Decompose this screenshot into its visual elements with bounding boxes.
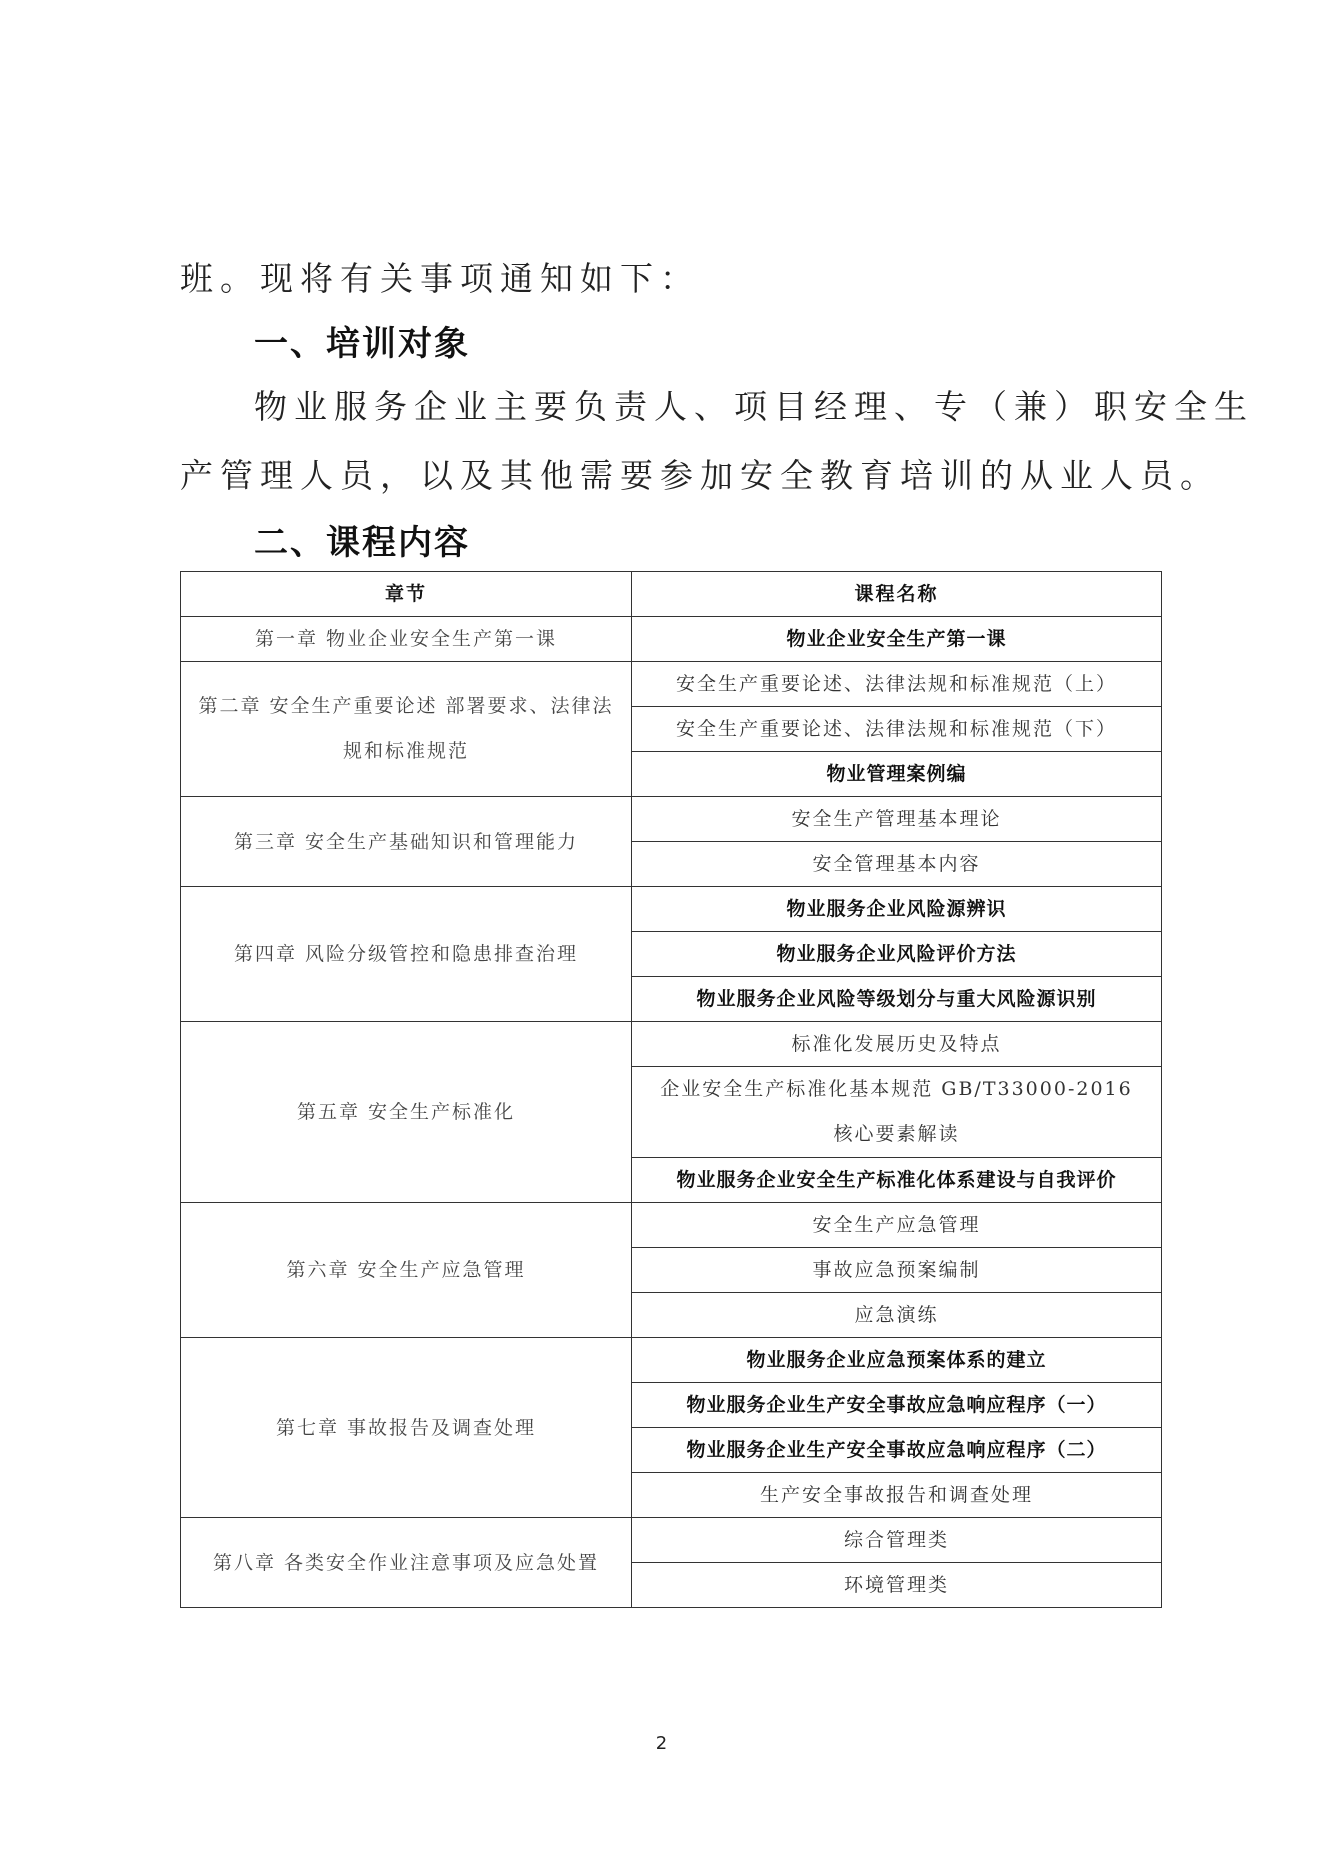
course-cell: 安全管理基本内容: [632, 842, 1162, 887]
chapter-cell: 第三章 安全生产基础知识和管理能力: [181, 797, 632, 887]
chapter-cell: 第二章 安全生产重要论述 部署要求、法律法规和标准规范: [181, 662, 632, 797]
course-cell: 物业服务企业应急预案体系的建立: [632, 1338, 1162, 1383]
course-cell: 生产安全事故报告和调查处理: [632, 1473, 1162, 1518]
course-cell: 物业企业安全生产第一课: [632, 617, 1162, 662]
course-cell: 综合管理类: [632, 1518, 1162, 1563]
header-chapter: 章节: [181, 572, 632, 617]
table-row: 第六章 安全生产应急管理 安全生产应急管理: [181, 1203, 1162, 1248]
table-row: 第八章 各类安全作业注意事项及应急处置 综合管理类: [181, 1518, 1162, 1563]
section1-body-line1: 物业服务企业主要负责人、项目经理、专（兼）职安全生: [254, 381, 1254, 428]
table-row: 第三章 安全生产基础知识和管理能力 安全生产管理基本理论: [181, 797, 1162, 842]
page-number: 2: [0, 1733, 1323, 1754]
chapter-cell: 第四章 风险分级管控和隐患排查治理: [181, 887, 632, 1022]
course-cell: 物业管理案例编: [632, 752, 1162, 797]
course-cell: 物业服务企业生产安全事故应急响应程序（一）: [632, 1383, 1162, 1428]
course-cell: 事故应急预案编制: [632, 1248, 1162, 1293]
table-row: 第七章 事故报告及调查处理 物业服务企业应急预案体系的建立: [181, 1338, 1162, 1383]
course-cell: 企业安全生产标准化基本规范 GB/T33000-2016 核心要素解读: [632, 1067, 1162, 1158]
table-row: 第四章 风险分级管控和隐患排查治理 物业服务企业风险源辨识: [181, 887, 1162, 932]
course-cell: 物业服务企业安全生产标准化体系建设与自我评价: [632, 1158, 1162, 1203]
table-row: 第二章 安全生产重要论述 部署要求、法律法规和标准规范 安全生产重要论述、法律法…: [181, 662, 1162, 707]
course-table: 章节 课程名称 第一章 物业企业安全生产第一课 物业企业安全生产第一课 第二章 …: [180, 571, 1162, 1608]
table-row: 第一章 物业企业安全生产第一课 物业企业安全生产第一课: [181, 617, 1162, 662]
table-row: 第五章 安全生产标准化 标准化发展历史及特点: [181, 1022, 1162, 1067]
chapter-cell: 第六章 安全生产应急管理: [181, 1203, 632, 1338]
course-cell: 安全生产重要论述、法律法规和标准规范（下）: [632, 707, 1162, 752]
chapter-cell: 第八章 各类安全作业注意事项及应急处置: [181, 1518, 632, 1608]
section1-heading: 一、培训对象: [254, 316, 470, 365]
table-header-row: 章节 课程名称: [181, 572, 1162, 617]
course-cell: 环境管理类: [632, 1563, 1162, 1608]
course-cell: 应急演练: [632, 1293, 1162, 1338]
chapter-cell: 第七章 事故报告及调查处理: [181, 1338, 632, 1518]
intro-line: 班。现将有关事项通知如下：: [180, 253, 700, 300]
course-cell: 物业服务企业生产安全事故应急响应程序（二）: [632, 1428, 1162, 1473]
course-cell: 物业服务企业风险评价方法: [632, 932, 1162, 977]
section1-body-line2: 产管理人员，以及其他需要参加安全教育培训的从业人员。: [180, 450, 1220, 497]
chapter-cell: 第五章 安全生产标准化: [181, 1022, 632, 1203]
chapter-cell: 第一章 物业企业安全生产第一课: [181, 617, 632, 662]
course-cell: 物业服务企业风险源辨识: [632, 887, 1162, 932]
course-cell: 物业服务企业风险等级划分与重大风险源识别: [632, 977, 1162, 1022]
header-course-name: 课程名称: [632, 572, 1162, 617]
course-cell: 安全生产应急管理: [632, 1203, 1162, 1248]
course-cell: 标准化发展历史及特点: [632, 1022, 1162, 1067]
course-cell: 安全生产重要论述、法律法规和标准规范（上）: [632, 662, 1162, 707]
course-cell: 安全生产管理基本理论: [632, 797, 1162, 842]
section2-heading: 二、课程内容: [254, 515, 470, 564]
